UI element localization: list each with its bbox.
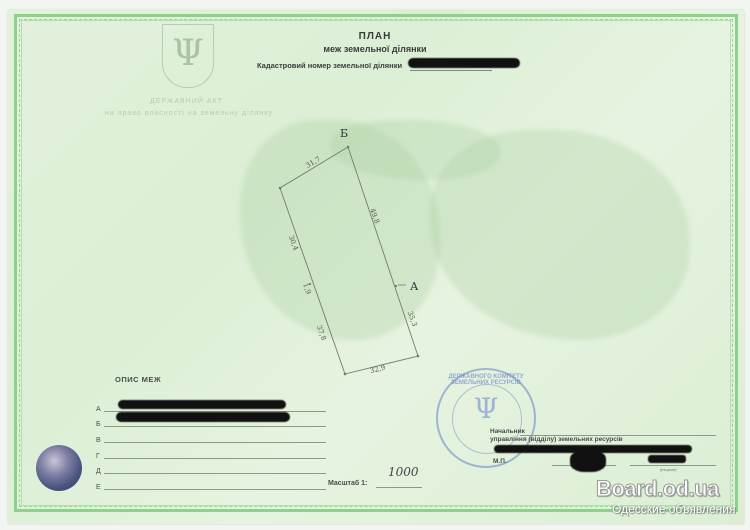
stamp-text: ДЕРЖАВНОГО КОМІТЕТУ ЗЕМЕЛЬНИХ РЕСУРСІВ: [438, 374, 534, 386]
segment-length: 37,8: [315, 324, 328, 341]
scale-value: 1000: [388, 465, 419, 479]
watermark-site: Board.od.ua: [596, 476, 719, 502]
hologram-seal: [36, 445, 82, 491]
scale-label: Масштаб 1:: [328, 480, 367, 487]
boundary-letter: А: [96, 406, 101, 413]
initials-redacted: [648, 455, 686, 463]
boundary-a-redacted: [118, 400, 286, 409]
initials-hint: (ініціали): [660, 467, 677, 472]
boundary-row: Д: [96, 463, 326, 475]
segment-length: 30,4: [287, 234, 300, 252]
segment-length: 32,9: [369, 364, 386, 376]
boundary-letter: Д: [96, 468, 101, 475]
initials-line: [630, 465, 716, 466]
boundary-row: В: [96, 432, 326, 444]
boundary-letter: Е: [96, 484, 101, 491]
point-label-b: Б: [340, 127, 348, 140]
scale-field-line: [376, 487, 422, 488]
chief-title: Начальник: [490, 428, 525, 435]
stamp-place-label: М.П.: [493, 458, 507, 465]
plot-boundary: [280, 147, 418, 374]
boundary-letter: Б: [96, 421, 101, 428]
official-stamp: ДЕРЖАВНОГО КОМІТЕТУ ЗЕМЕЛЬНИХ РЕСУРСІВ Ψ: [436, 368, 536, 468]
chief-department: управління (відділу) земельних ресурсів: [490, 436, 623, 443]
boundary-letter: Г: [96, 453, 100, 460]
point-label-a: А: [410, 280, 419, 293]
boundaries-heading: ОПИС МЕЖ: [115, 375, 161, 384]
segment-length: 49,8: [368, 207, 381, 224]
boundary-b-redacted: [116, 412, 290, 422]
boundary-letter: В: [96, 437, 101, 444]
signature-redacted: [570, 450, 606, 472]
watermark-tagline: Одесские объявления: [612, 502, 735, 516]
boundary-row: Е: [96, 479, 326, 491]
trident-icon: Ψ: [438, 392, 534, 425]
boundary-row: Г: [96, 448, 326, 460]
